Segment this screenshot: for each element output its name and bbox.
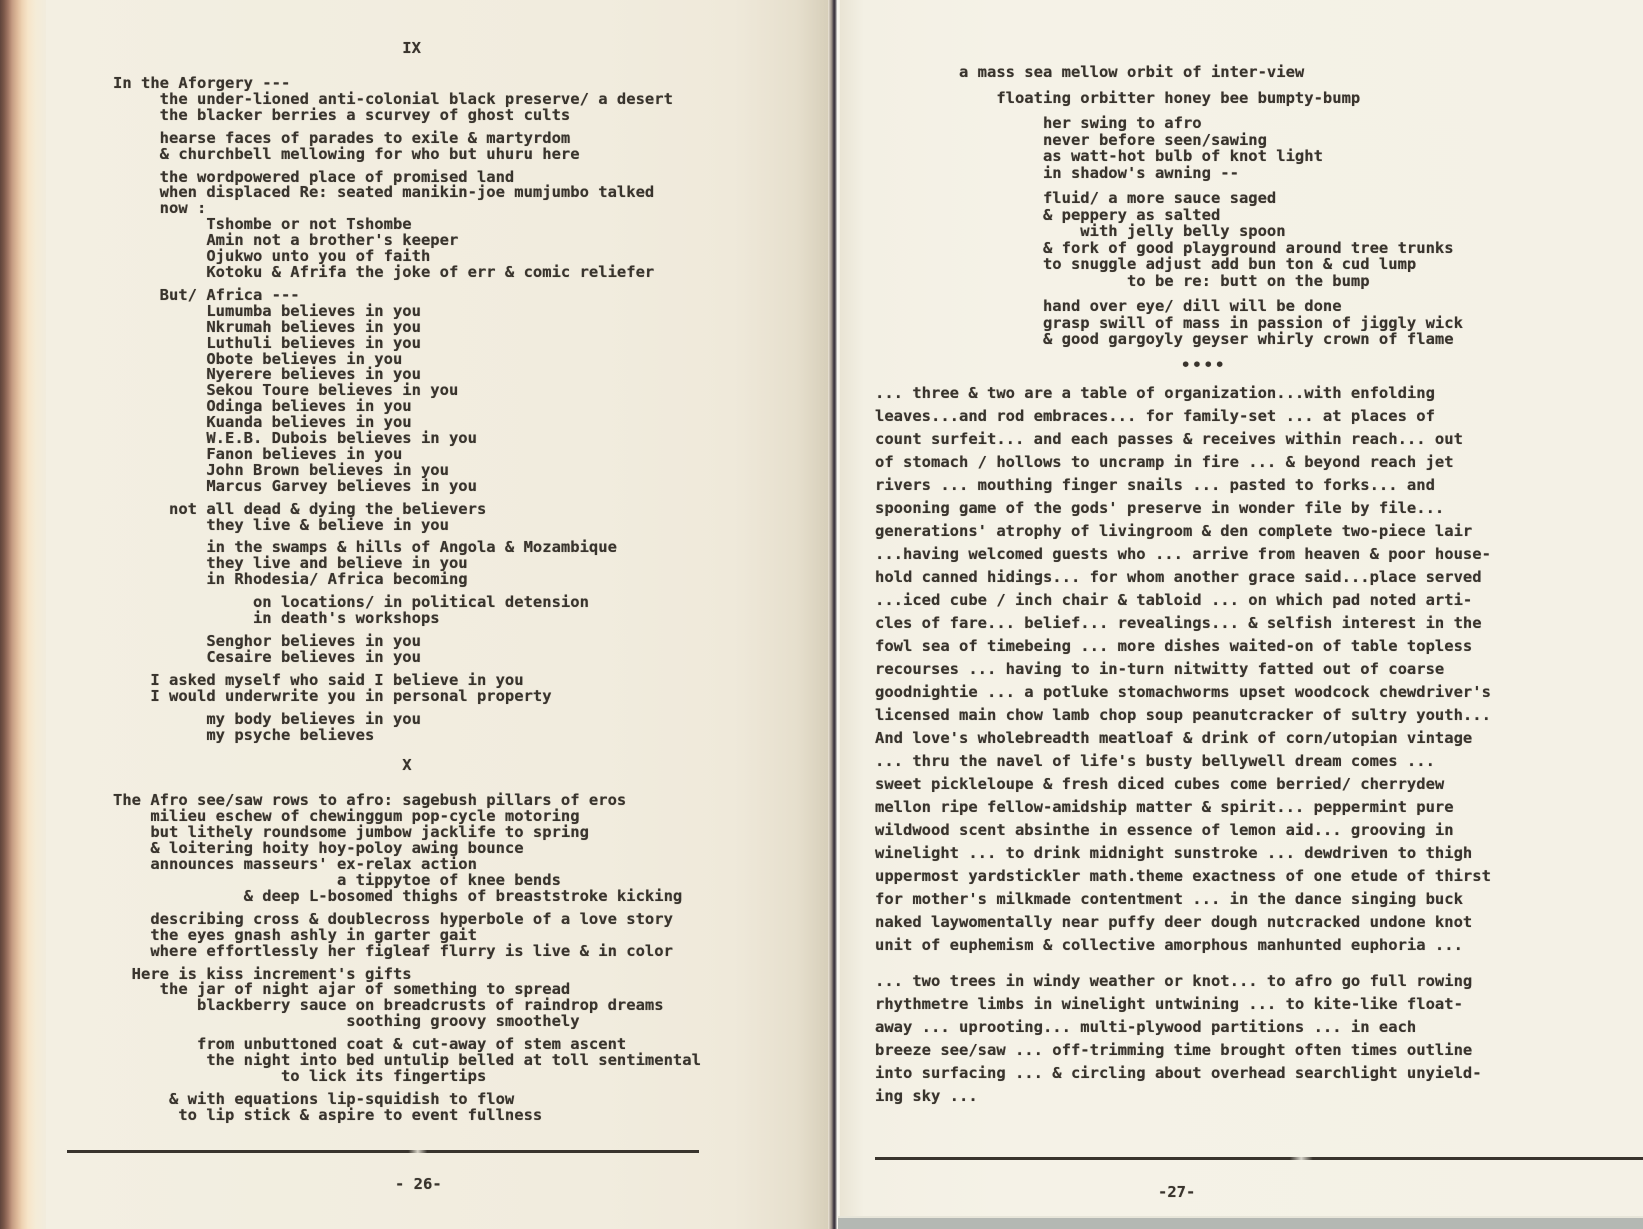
verse-stanza: & with equations lip-squidish to flow to… — [113, 1092, 813, 1124]
verse-stanza: In the Aforgery --- the under-lioned ant… — [113, 76, 813, 124]
verse-stanza: Here is kiss increment's gifts the jar o… — [113, 967, 813, 1031]
book-scan: IXIn the Aforgery --- the under-lioned a… — [0, 0, 1643, 1229]
verse-stanza: describing cross & doublecross hyperbole… — [113, 912, 813, 960]
page-left: IXIn the Aforgery --- the under-lioned a… — [46, 0, 828, 1229]
dots-separator: •••• — [875, 357, 1643, 374]
verse-stanza: my body believes in you my psyche believ… — [113, 712, 813, 744]
verse-stanza: fluid/ a more sauce saged & peppery as s… — [875, 190, 1643, 289]
verse-stanza: The Afro see/saw rows to afro: sagebush … — [113, 793, 813, 904]
verse-stanza: But/ Africa --- Lumumba believes in you … — [113, 288, 813, 495]
verse-stanza: hearse faces of parades to exile & marty… — [113, 131, 813, 163]
verse-stanza: on locations/ in political detension in … — [113, 595, 813, 627]
page-edge-stack — [0, 0, 46, 1229]
verse-stanza: in the swamps & hills of Angola & Mozamb… — [113, 540, 813, 588]
verse-stanza: her swing to afro never before seen/sawi… — [875, 115, 1643, 181]
verse-stanza: I asked myself who said I believe in you… — [113, 673, 813, 705]
book-spine-shadow — [828, 0, 840, 1229]
page-number-27: -27- — [1158, 1183, 1195, 1201]
page-27-text: a mass sea mellow orbit of inter-view fl… — [875, 64, 1643, 1121]
verse-stanza: from unbuttoned coat & cut-away of stem … — [113, 1037, 813, 1085]
section-heading: X — [113, 757, 813, 773]
page-right: a mass sea mellow orbit of inter-view fl… — [840, 0, 1643, 1229]
page-number-26: - 26- — [395, 1175, 442, 1193]
prose-paragraph: ... three & two are a table of organizat… — [875, 382, 1643, 957]
scanner-edge — [838, 1218, 1643, 1229]
verse-stanza: Senghor believes in you Cesaire believes… — [113, 634, 813, 666]
verse-stanza: floating orbitter honey bee bumpty-bump — [875, 90, 1643, 107]
footer-rule-right — [875, 1157, 1643, 1160]
prose-paragraph: ... two trees in windy weather or knot..… — [875, 970, 1643, 1108]
verse-stanza: the wordpowered place of promised land w… — [113, 170, 813, 281]
verse-stanza: not all dead & dying the believers they … — [113, 502, 813, 534]
verse-stanza: hand over eye/ dill will be done grasp s… — [875, 298, 1643, 348]
footer-rule-left — [67, 1150, 699, 1153]
page-26-text: IXIn the Aforgery --- the under-lioned a… — [113, 40, 813, 1131]
section-heading: IX — [113, 40, 813, 56]
verse-stanza: a mass sea mellow orbit of inter-view — [875, 64, 1643, 81]
